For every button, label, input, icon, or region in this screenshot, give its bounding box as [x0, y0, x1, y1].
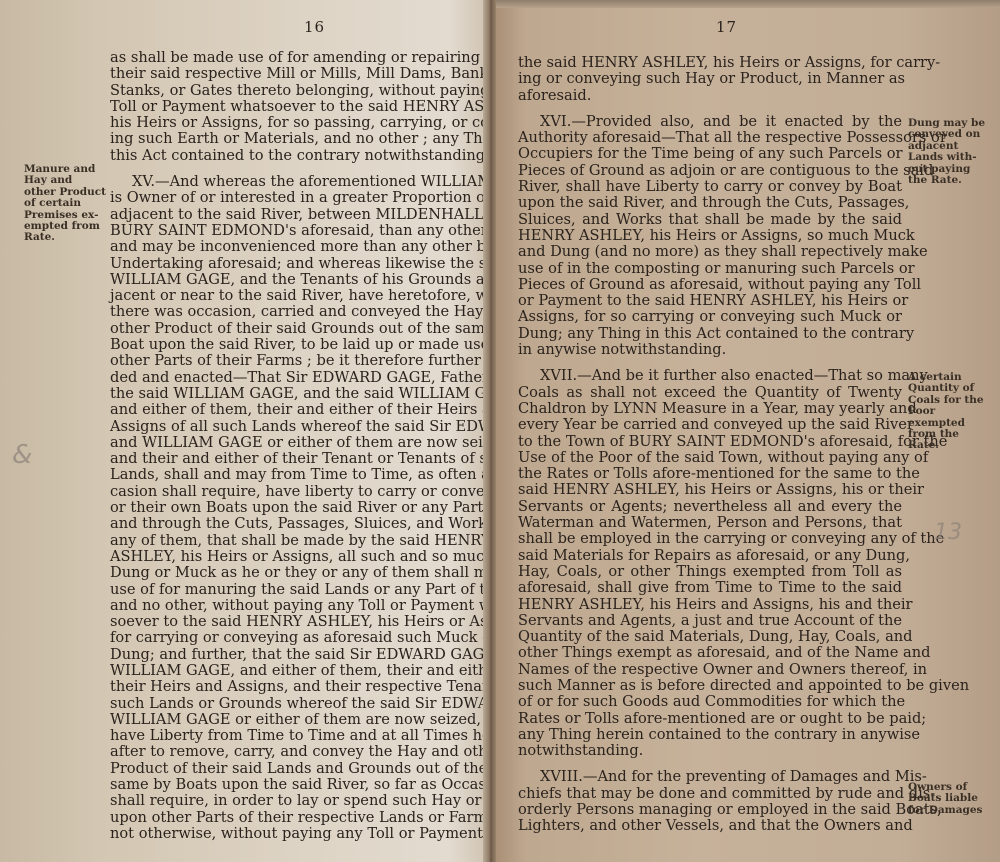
text-line: any of them, that shall be made by the s…: [110, 533, 486, 549]
sidenote-coals-poor: A certain Quantity of Coals for the Poor…: [908, 372, 992, 452]
text-line: as shall be made use of for amending or …: [110, 50, 486, 66]
text-line: said Materials for Repairs as aforesaid,…: [518, 548, 902, 564]
text-line: and may be inconvenienced more than any …: [110, 239, 486, 255]
text-line: jacent or near to the said River, have h…: [110, 288, 486, 304]
text-line: Toll or Payment whatsoever to the said H…: [110, 99, 486, 115]
text-line: Dung; any Thing in this Act contained to…: [518, 326, 902, 342]
text-line: Waterman and Watermen, Person and Person…: [518, 515, 902, 531]
text-line: Hay, Coals, or other Things exempted fro…: [518, 564, 902, 580]
sidenote-text: Manure and Hay and other Product of cert…: [24, 163, 106, 243]
text-line: the said HENRY ASHLEY, his Heirs or Assi…: [518, 55, 902, 71]
text-line: any Thing herein contained to the contra…: [518, 727, 902, 743]
text-line: ing such Earth or Materials, and no othe…: [110, 131, 486, 147]
left-page: 16 Manure and Hay and other Product of c…: [0, 0, 488, 862]
text-line: Names of the respective Owner and Owners…: [518, 662, 902, 678]
text-line: casion shall require, have liberty to ca…: [110, 484, 486, 500]
pencil-mark-left: &: [12, 440, 32, 470]
page-number-left: 16: [304, 18, 325, 36]
left-body-text: as shall be made use of for amending or …: [110, 50, 486, 842]
text-line: Servants or Agents; nevertheless all and…: [518, 499, 902, 515]
text-line: BURY SAINT EDMOND's aforesaid, than any …: [110, 223, 486, 239]
text-line: XVI.—Provided also, and be it enacted by…: [518, 114, 902, 130]
text-line: ded and enacted—That Sir EDWARD GAGE, Fa…: [110, 370, 486, 386]
text-line: said HENRY ASHLEY, his Heirs or Assigns,…: [518, 482, 902, 498]
text-line: their Heirs and Assigns, and their respe…: [110, 679, 486, 695]
pencil-mark-right: 13: [934, 520, 962, 545]
text-line: to the Town of BURY SAINT EDMOND's afore…: [518, 434, 902, 450]
text-line: Dung or Muck as he or they or any of the…: [110, 565, 486, 581]
text-line: Dung; and further, that the said Sir EDW…: [110, 647, 486, 663]
text-line: orderly Persons managing or employed in …: [518, 802, 902, 818]
text-line: Pieces of Ground as adjoin or are contig…: [518, 163, 902, 179]
text-line: there was occasion, carried and conveyed…: [110, 304, 486, 320]
text-line: aforesaid, shall give from Time to Time …: [518, 580, 902, 596]
text-line: Lands, shall and may from Time to Time, …: [110, 467, 486, 483]
sidenote-dung-conveyed: Dung may be conveyed on adjacent Lands w…: [908, 118, 992, 186]
text-line: other Things exempt as aforesaid, and of…: [518, 645, 902, 661]
text-line: ASHLEY, his Heirs or Assigns, all such a…: [110, 549, 486, 565]
text-line: Assigns, for so carrying or conveying su…: [518, 309, 902, 325]
text-line: soever to the said HENRY ASHLEY, his Hei…: [110, 614, 486, 630]
text-line: Chaldron by LYNN Measure in a Year, may …: [518, 401, 902, 417]
text-line: their said respective Mill or Mills, Mil…: [110, 66, 486, 82]
text-line: XVIII.—And for the preventing of Damages…: [518, 769, 902, 785]
text-line: Use of the Poor of the said Town, withou…: [518, 450, 902, 466]
text-line: notwithstanding.: [518, 743, 902, 759]
right-body-text: the said HENRY ASHLEY, his Heirs or Assi…: [518, 55, 902, 835]
text-line: use of in the composting or manuring suc…: [518, 261, 902, 277]
text-line: Undertaking aforesaid; and whereas likew…: [110, 256, 486, 272]
text-line: not otherwise, without paying any Toll o…: [110, 826, 486, 842]
text-line: ing or conveying such Hay or Product, in…: [518, 71, 902, 87]
text-line: such Manner as is before directed and ap…: [518, 678, 902, 694]
page-top-edge: [496, 0, 1000, 8]
text-line: Pieces of Ground as aforesaid, without p…: [518, 277, 902, 293]
text-line: for carrying or conveying as aforesaid s…: [110, 630, 486, 646]
right-page: 17 the said HENRY ASHLEY, his Heirs or A…: [496, 0, 1000, 862]
text-line: and their and either of their Tenant or …: [110, 451, 486, 467]
text-line: Assigns of all such Lands whereof the sa…: [110, 419, 486, 435]
text-line: and no other, without paying any Toll or…: [110, 598, 486, 614]
text-line: other Parts of their Farms ; be it there…: [110, 353, 486, 369]
text-line: other Product of their said Grounds out …: [110, 321, 486, 337]
text-line: WILLIAM GAGE, and either of them, their …: [110, 663, 486, 679]
text-line: chiefs that may be done and committed by…: [518, 786, 902, 802]
text-line: his Heirs or Assigns, for so passing, ca…: [110, 115, 486, 131]
text-line: XV.—And whereas the aforementioned WILLI…: [110, 174, 486, 190]
text-line: XVII.—And be it further also enacted—Tha…: [518, 368, 902, 384]
text-line: HENRY ASHLEY, his Heirs and Assigns, his…: [518, 597, 902, 613]
text-line: and either of them, their and either of …: [110, 402, 486, 418]
text-line: and Dung (and no more) as they shall rep…: [518, 244, 902, 260]
text-line: have Liberty from Time to Time and at al…: [110, 728, 486, 744]
text-line: HENRY ASHLEY, his Heirs or Assigns, so m…: [518, 228, 902, 244]
text-line: Lighters, and other Vessels, and that th…: [518, 818, 902, 834]
text-line: Quantity of the said Materials, Dung, Ha…: [518, 629, 902, 645]
text-line: Servants and Agents, a just and true Acc…: [518, 613, 902, 629]
text-line: or Payment to the said HENRY ASHLEY, his…: [518, 293, 902, 309]
text-line: Rates or Tolls afore-mentioned are or ou…: [518, 711, 902, 727]
text-line: in anywise notwithstanding.: [518, 342, 902, 358]
text-line: is Owner of or interested in a greater P…: [110, 190, 486, 206]
text-line: every Year be carried and conveyed up th…: [518, 417, 902, 433]
page-number-right: 17: [716, 18, 737, 36]
text-line: adjacent to the said River, between MILD…: [110, 207, 486, 223]
text-line: Coals as shall not exceed the Quantity o…: [518, 385, 902, 401]
sidenote-owners-boats: Owners of Boats liable for Damages: [908, 782, 990, 816]
text-line: the said WILLIAM GAGE, and the said WILL…: [110, 386, 486, 402]
text-line: WILLIAM GAGE or either of them are now s…: [110, 712, 486, 728]
text-line: Boat upon the said River, to be laid up …: [110, 337, 486, 353]
text-line: upon the said River, and through the Cut…: [518, 195, 902, 211]
text-line: shall require, in order to lay or spend …: [110, 793, 486, 809]
text-line: Authority aforesaid—That all the respect…: [518, 130, 902, 146]
text-line: shall be employed in the carrying or con…: [518, 531, 902, 547]
text-line: of or for such Goods aud Commodities for…: [518, 694, 902, 710]
text-line: the Rates or Tolls afore-mentioned for t…: [518, 466, 902, 482]
text-line: River, shall have Liberty to carry or co…: [518, 179, 902, 195]
text-line: Sluices, and Works that shall be made by…: [518, 212, 902, 228]
text-line: and through the Cuts, Passages, Sluices,…: [110, 516, 486, 532]
text-line: same by Boats upon the said River, so fa…: [110, 777, 486, 793]
sidenote-manure-hay: Manure and Hay and other Product of cert…: [24, 164, 106, 244]
text-line: Stanks, or Gates thereto belonging, with…: [110, 83, 486, 99]
text-line: or their own Boats upon the said River o…: [110, 500, 486, 516]
text-line: upon other Parts of their respective Lan…: [110, 810, 486, 826]
text-line: Occupiers for the Time being of any such…: [518, 146, 902, 162]
text-line: aforesaid.: [518, 88, 902, 104]
text-line: use of for manuring the said Lands or an…: [110, 582, 486, 598]
text-line: after to remove, carry, and convey the H…: [110, 744, 486, 760]
text-line: and WILLIAM GAGE or either of them are n…: [110, 435, 486, 451]
text-line: this Act contained to the contrary notwi…: [110, 148, 486, 164]
text-line: such Lands or Grounds whereof the said S…: [110, 696, 486, 712]
book-gutter: [483, 0, 497, 862]
text-line: WILLIAM GAGE, and the Tenants of his Gro…: [110, 272, 486, 288]
text-line: Product of their said Lands and Grounds …: [110, 761, 486, 777]
